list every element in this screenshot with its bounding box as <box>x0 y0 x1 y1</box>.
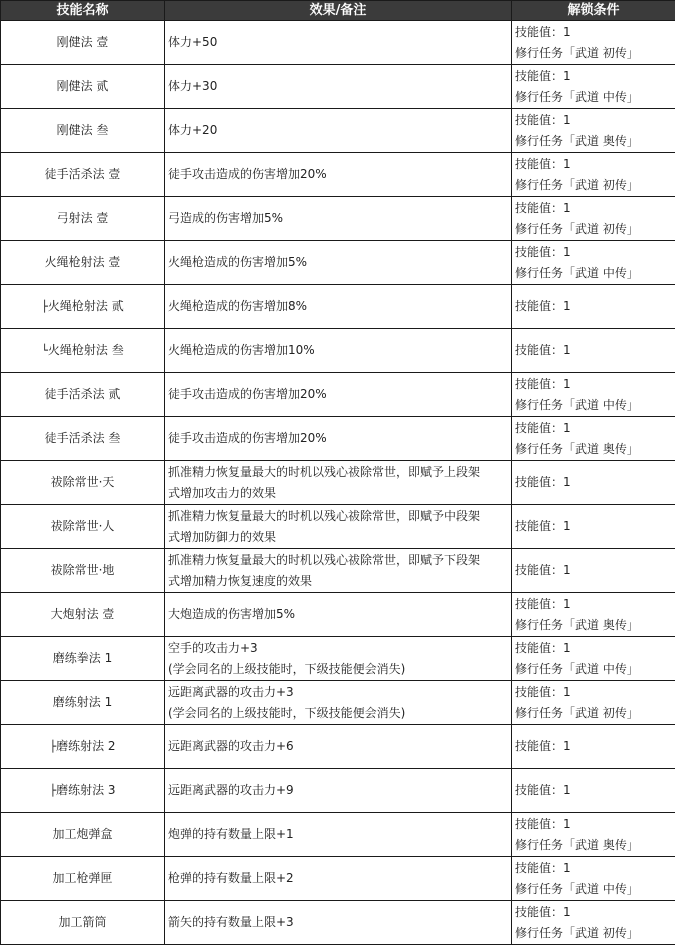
header-effect: 效果/备注 <box>165 1 512 21</box>
effect-text: 炮弹的持有数量上限+1 <box>168 824 508 845</box>
effect-cell: 体力+50 <box>165 21 512 65</box>
effect-text: 枪弹的持有数量上限+2 <box>168 868 508 889</box>
unlock-cell: 技能值：1修行任务「武道 初传」 <box>512 681 675 725</box>
effect-text: 空手的攻击力+3 <box>168 638 508 659</box>
skill-point-requirement: 技能值：1 <box>515 154 672 175</box>
table-row: 磨练拳法 1空手的攻击力+3(学会同名的上级技能时，下级技能便会消失)技能值：1… <box>1 637 675 681</box>
training-quest-requirement: 修行任务「武道 初传」 <box>515 703 672 724</box>
skill-name-cell: 刚健法 壹 <box>1 21 165 65</box>
table-row: 祓除常世·天抓准精力恢复量最大的时机以残心祓除常世，即赋予上段架式增加攻击力的效… <box>1 461 675 505</box>
skill-name: 磨练射法 1 <box>53 695 112 709</box>
skill-name-cell: 磨练射法 1 <box>1 681 165 725</box>
skill-point-requirement: 技能值：1 <box>515 418 672 439</box>
table-row: 徒手活杀法 壹徒手攻击造成的伤害增加20%技能值：1修行任务「武道 初传」 <box>1 153 675 197</box>
skill-name-cell: ├火绳枪射法 贰 <box>1 285 165 329</box>
skill-name: 火绳枪射法 贰 <box>48 299 124 313</box>
table-row: 加工炮弹盒炮弹的持有数量上限+1技能值：1修行任务「武道 奥传」 <box>1 813 675 857</box>
effect-text: 抓准精力恢复量最大的时机以残心祓除常世，即赋予下段架 <box>168 550 508 571</box>
skill-point-requirement: 技能值：1 <box>515 66 672 87</box>
header-row: 技能名称 效果/备注 解锁条件 <box>1 1 675 21</box>
skill-name-cell: 祓除常世·人 <box>1 505 165 549</box>
skill-name-cell: 徒手活杀法 贰 <box>1 373 165 417</box>
unlock-cell: 技能值：1 <box>512 725 675 769</box>
skill-name-cell: 弓射法 壹 <box>1 197 165 241</box>
skill-name-cell: ├磨练射法 3 <box>1 769 165 813</box>
skill-name-cell: ├磨练射法 2 <box>1 725 165 769</box>
table-row: ├磨练射法 3远距离武器的攻击力+9技能值：1 <box>1 769 675 813</box>
effect-text: 徒手攻击造成的伤害增加20% <box>168 428 508 449</box>
skill-point-requirement: 技能值：1 <box>515 516 672 537</box>
skill-name-cell: 加工炮弹盒 <box>1 813 165 857</box>
effect-cell: 火绳枪造成的伤害增加5% <box>165 241 512 285</box>
unlock-cell: 技能值：1修行任务「武道 中传」 <box>512 241 675 285</box>
skill-name: 刚健法 贰 <box>57 79 109 93</box>
skill-name: 刚健法 叁 <box>57 123 109 137</box>
skill-name: 加工炮弹盒 <box>52 827 112 841</box>
skill-name: 加工箭筒 <box>58 915 106 929</box>
tree-branch-icon: ├ <box>41 300 48 313</box>
skill-point-requirement: 技能值：1 <box>515 198 672 219</box>
training-quest-requirement: 修行任务「武道 初传」 <box>515 219 672 240</box>
table-row: ├火绳枪射法 贰火绳枪造成的伤害增加8%技能值：1 <box>1 285 675 329</box>
unlock-cell: 技能值：1 <box>512 461 675 505</box>
skill-point-requirement: 技能值：1 <box>515 560 672 581</box>
skill-name: 祓除常世·天 <box>51 475 115 489</box>
effect-cell: 远距离武器的攻击力+3(学会同名的上级技能时，下级技能便会消失) <box>165 681 512 725</box>
table-row: 刚健法 壹体力+50技能值：1修行任务「武道 初传」 <box>1 21 675 65</box>
table-row: 刚健法 贰体力+30技能值：1修行任务「武道 中传」 <box>1 65 675 109</box>
skill-point-requirement: 技能值：1 <box>515 682 672 703</box>
effect-text: 式增加攻击力的效果 <box>168 483 508 504</box>
unlock-cell: 技能值：1修行任务「武道 初传」 <box>512 197 675 241</box>
skill-point-requirement: 技能值：1 <box>515 638 672 659</box>
skill-name-cell: 徒手活杀法 叁 <box>1 417 165 461</box>
effect-cell: 徒手攻击造成的伤害增加20% <box>165 373 512 417</box>
effect-cell: 抓准精力恢复量最大的时机以残心祓除常世，即赋予中段架式增加防御力的效果 <box>165 505 512 549</box>
unlock-cell: 技能值：1修行任务「武道 初传」 <box>512 153 675 197</box>
tree-branch-icon: └ <box>41 344 48 357</box>
skill-name: 加工枪弹匣 <box>52 871 112 885</box>
unlock-cell: 技能值：1 <box>512 769 675 813</box>
unlock-cell: 技能值：1 <box>512 329 675 373</box>
effect-text: 远距离武器的攻击力+3 <box>168 682 508 703</box>
effect-cell: 体力+20 <box>165 109 512 153</box>
training-quest-requirement: 修行任务「武道 奥传」 <box>515 835 672 856</box>
effect-cell: 远距离武器的攻击力+6 <box>165 725 512 769</box>
effect-cell: 炮弹的持有数量上限+1 <box>165 813 512 857</box>
skill-name-cell: 大炮射法 壹 <box>1 593 165 637</box>
skill-name: 大炮射法 壹 <box>51 607 115 621</box>
effect-cell: 火绳枪造成的伤害增加10% <box>165 329 512 373</box>
training-quest-requirement: 修行任务「武道 奥传」 <box>515 615 672 636</box>
effect-text: 箭矢的持有数量上限+3 <box>168 912 508 933</box>
effect-cell: 枪弹的持有数量上限+2 <box>165 857 512 901</box>
skill-name-cell: 磨练拳法 1 <box>1 637 165 681</box>
table-row: 火绳枪射法 壹火绳枪造成的伤害增加5%技能值：1修行任务「武道 中传」 <box>1 241 675 285</box>
unlock-cell: 技能值：1修行任务「武道 中传」 <box>512 857 675 901</box>
effect-cell: 徒手攻击造成的伤害增加20% <box>165 153 512 197</box>
effect-cell: 远距离武器的攻击力+9 <box>165 769 512 813</box>
skill-name: 磨练射法 3 <box>56 783 115 797</box>
unlock-cell: 技能值：1修行任务「武道 中传」 <box>512 373 675 417</box>
training-quest-requirement: 修行任务「武道 初传」 <box>515 43 672 64</box>
effect-text: 弓造成的伤害增加5% <box>168 208 508 229</box>
skill-name-cell: 火绳枪射法 壹 <box>1 241 165 285</box>
unlock-cell: 技能值：1 <box>512 285 675 329</box>
table-row: 徒手活杀法 叁徒手攻击造成的伤害增加20%技能值：1修行任务「武道 奥传」 <box>1 417 675 461</box>
skill-name-cell: └火绳枪射法 叁 <box>1 329 165 373</box>
effect-text: 徒手攻击造成的伤害增加20% <box>168 164 508 185</box>
table-row: ├磨练射法 2远距离武器的攻击力+6技能值：1 <box>1 725 675 769</box>
table-row: 刚健法 叁体力+20技能值：1修行任务「武道 奥传」 <box>1 109 675 153</box>
skill-name-cell: 加工箭筒 <box>1 901 165 945</box>
unlock-cell: 技能值：1修行任务「武道 中传」 <box>512 637 675 681</box>
effect-text: 火绳枪造成的伤害增加10% <box>168 340 508 361</box>
table-row: 磨练射法 1远距离武器的攻击力+3(学会同名的上级技能时，下级技能便会消失)技能… <box>1 681 675 725</box>
table-body: 刚健法 壹体力+50技能值：1修行任务「武道 初传」刚健法 贰体力+30技能值：… <box>1 21 675 945</box>
table-row: └火绳枪射法 叁火绳枪造成的伤害增加10%技能值：1 <box>1 329 675 373</box>
skill-point-requirement: 技能值：1 <box>515 814 672 835</box>
effect-text: 体力+50 <box>168 32 508 53</box>
effect-text: 抓准精力恢复量最大的时机以残心祓除常世，即赋予上段架 <box>168 462 508 483</box>
effect-cell: 抓准精力恢复量最大的时机以残心祓除常世，即赋予下段架式增加精力恢复速度的效果 <box>165 549 512 593</box>
skill-name: 徒手活杀法 贰 <box>45 387 121 401</box>
skill-point-requirement: 技能值：1 <box>515 110 672 131</box>
table-row: 徒手活杀法 贰徒手攻击造成的伤害增加20%技能值：1修行任务「武道 中传」 <box>1 373 675 417</box>
unlock-cell: 技能值：1修行任务「武道 中传」 <box>512 65 675 109</box>
effect-text: 体力+20 <box>168 120 508 141</box>
training-quest-requirement: 修行任务「武道 中传」 <box>515 263 672 284</box>
effect-text: 式增加防御力的效果 <box>168 527 508 548</box>
skill-name-cell: 刚健法 叁 <box>1 109 165 153</box>
effect-text: 大炮造成的伤害增加5% <box>168 604 508 625</box>
skill-name: 磨练射法 2 <box>56 739 115 753</box>
skill-name-cell: 祓除常世·地 <box>1 549 165 593</box>
training-quest-requirement: 修行任务「武道 初传」 <box>515 923 672 944</box>
skill-point-requirement: 技能值：1 <box>515 242 672 263</box>
training-quest-requirement: 修行任务「武道 奥传」 <box>515 131 672 152</box>
training-quest-requirement: 修行任务「武道 中传」 <box>515 87 672 108</box>
effect-cell: 体力+30 <box>165 65 512 109</box>
unlock-cell: 技能值：1修行任务「武道 初传」 <box>512 21 675 65</box>
effect-cell: 火绳枪造成的伤害增加8% <box>165 285 512 329</box>
effect-text: 火绳枪造成的伤害增加5% <box>168 252 508 273</box>
table-row: 弓射法 壹弓造成的伤害增加5%技能值：1修行任务「武道 初传」 <box>1 197 675 241</box>
skill-name: 刚健法 壹 <box>57 35 109 49</box>
effect-text: 式增加精力恢复速度的效果 <box>168 571 508 592</box>
skill-point-requirement: 技能值：1 <box>515 858 672 879</box>
skill-name: 火绳枪射法 壹 <box>45 255 121 269</box>
table-row: 加工箭筒箭矢的持有数量上限+3技能值：1修行任务「武道 初传」 <box>1 901 675 945</box>
effect-text: 远距离武器的攻击力+9 <box>168 780 508 801</box>
unlock-cell: 技能值：1 <box>512 505 675 549</box>
skill-name: 徒手活杀法 叁 <box>45 431 121 445</box>
header-unlock: 解锁条件 <box>512 1 675 21</box>
effect-cell: 弓造成的伤害增加5% <box>165 197 512 241</box>
effect-text: 火绳枪造成的伤害增加8% <box>168 296 508 317</box>
effect-cell: 箭矢的持有数量上限+3 <box>165 901 512 945</box>
skill-point-requirement: 技能值：1 <box>515 594 672 615</box>
table-row: 大炮射法 壹大炮造成的伤害增加5%技能值：1修行任务「武道 奥传」 <box>1 593 675 637</box>
effect-text: 抓准精力恢复量最大的时机以残心祓除常世，即赋予中段架 <box>168 506 508 527</box>
skill-name: 祓除常世·人 <box>51 519 115 533</box>
skills-table: 技能名称 效果/备注 解锁条件 刚健法 壹体力+50技能值：1修行任务「武道 初… <box>0 0 675 945</box>
skill-point-requirement: 技能值：1 <box>515 902 672 923</box>
skill-name-cell: 加工枪弹匣 <box>1 857 165 901</box>
header-skill-name: 技能名称 <box>1 1 165 21</box>
skill-point-requirement: 技能值：1 <box>515 22 672 43</box>
unlock-cell: 技能值：1修行任务「武道 奥传」 <box>512 813 675 857</box>
skill-point-requirement: 技能值：1 <box>515 340 672 361</box>
unlock-cell: 技能值：1修行任务「武道 奥传」 <box>512 593 675 637</box>
skill-name: 火绳枪射法 叁 <box>48 343 124 357</box>
training-quest-requirement: 修行任务「武道 中传」 <box>515 395 672 416</box>
skill-point-requirement: 技能值：1 <box>515 296 672 317</box>
training-quest-requirement: 修行任务「武道 中传」 <box>515 659 672 680</box>
effect-text: (学会同名的上级技能时，下级技能便会消失) <box>168 703 508 724</box>
unlock-cell: 技能值：1修行任务「武道 奥传」 <box>512 417 675 461</box>
training-quest-requirement: 修行任务「武道 奥传」 <box>515 439 672 460</box>
skill-name: 祓除常世·地 <box>51 563 115 577</box>
skill-point-requirement: 技能值：1 <box>515 472 672 493</box>
skill-name: 磨练拳法 1 <box>53 651 112 665</box>
unlock-cell: 技能值：1修行任务「武道 初传」 <box>512 901 675 945</box>
effect-cell: 徒手攻击造成的伤害增加20% <box>165 417 512 461</box>
skill-point-requirement: 技能值：1 <box>515 374 672 395</box>
skill-name: 弓射法 壹 <box>57 211 109 225</box>
effect-text: (学会同名的上级技能时，下级技能便会消失) <box>168 659 508 680</box>
effect-text: 远距离武器的攻击力+6 <box>168 736 508 757</box>
table-row: 祓除常世·地抓准精力恢复量最大的时机以残心祓除常世，即赋予下段架式增加精力恢复速… <box>1 549 675 593</box>
effect-text: 徒手攻击造成的伤害增加20% <box>168 384 508 405</box>
table-row: 加工枪弹匣枪弹的持有数量上限+2技能值：1修行任务「武道 中传」 <box>1 857 675 901</box>
skill-name: 徒手活杀法 壹 <box>45 167 121 181</box>
effect-text: 体力+30 <box>168 76 508 97</box>
skill-point-requirement: 技能值：1 <box>515 780 672 801</box>
skill-name-cell: 徒手活杀法 壹 <box>1 153 165 197</box>
table-row: 祓除常世·人抓准精力恢复量最大的时机以残心祓除常世，即赋予中段架式增加防御力的效… <box>1 505 675 549</box>
effect-cell: 大炮造成的伤害增加5% <box>165 593 512 637</box>
unlock-cell: 技能值：1修行任务「武道 奥传」 <box>512 109 675 153</box>
skill-name-cell: 祓除常世·天 <box>1 461 165 505</box>
training-quest-requirement: 修行任务「武道 初传」 <box>515 175 672 196</box>
training-quest-requirement: 修行任务「武道 中传」 <box>515 879 672 900</box>
skill-point-requirement: 技能值：1 <box>515 736 672 757</box>
effect-cell: 空手的攻击力+3(学会同名的上级技能时，下级技能便会消失) <box>165 637 512 681</box>
effect-cell: 抓准精力恢复量最大的时机以残心祓除常世，即赋予上段架式增加攻击力的效果 <box>165 461 512 505</box>
unlock-cell: 技能值：1 <box>512 549 675 593</box>
skill-name-cell: 刚健法 贰 <box>1 65 165 109</box>
